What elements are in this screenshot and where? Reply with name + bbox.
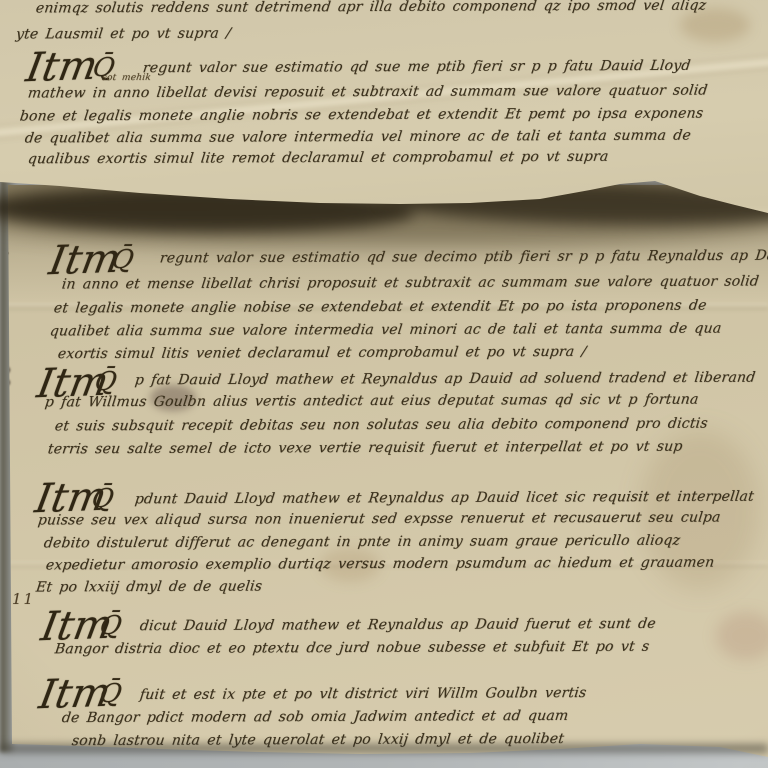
manuscript-photo: 8 11 Itm Q̄ regunt valor sue estimatio q…: [0, 0, 768, 768]
photo-vignette: [0, 0, 768, 768]
